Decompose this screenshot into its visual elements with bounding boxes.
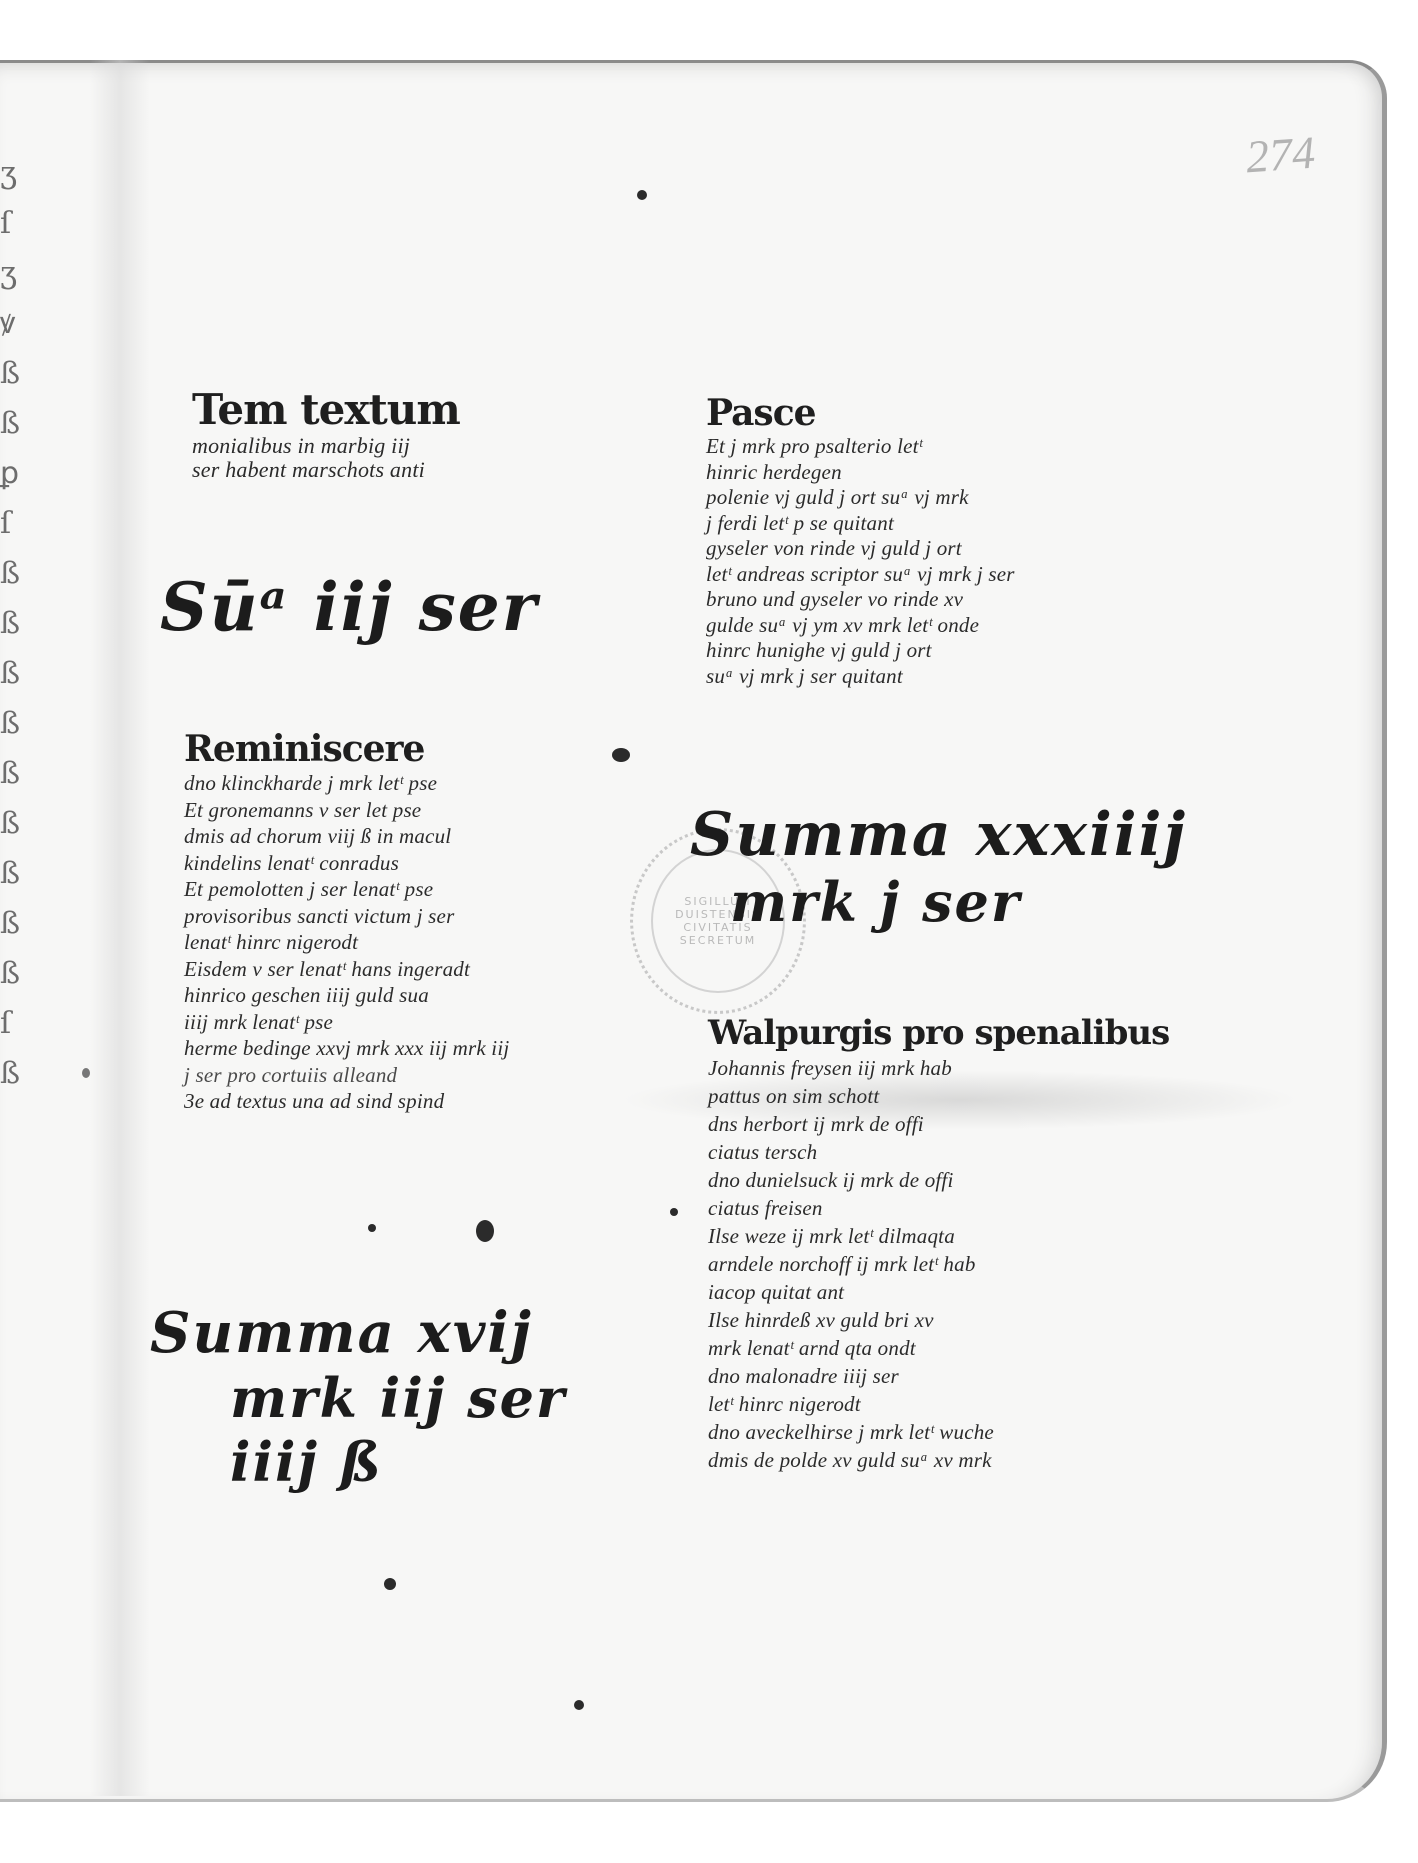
total-line: Summa xvij bbox=[150, 1300, 566, 1366]
entry-line: arndele norchoff ij mrk letᵗ hab bbox=[708, 1250, 1169, 1278]
section-heading: Pasce bbox=[706, 392, 1015, 434]
entry-line: gyseler von rinde vj guld j ort bbox=[706, 536, 1015, 562]
section-heading: Walpurgis pro spenalibus bbox=[708, 1012, 1169, 1054]
entry-line: gulde suᵃ vj ym xv mrk letᵗ onde bbox=[706, 613, 1015, 639]
entry-line: dns herbort ij mrk de offi bbox=[708, 1110, 1169, 1138]
total-summa-xvij: Summa xvij mrk iij ser iiij ß bbox=[150, 1300, 566, 1494]
section-walpurgis: Walpurgis pro spenalibus Johannis freyse… bbox=[708, 1012, 1169, 1474]
entry-line: dmis de polde xv guld suᵃ xv mrk bbox=[708, 1446, 1169, 1474]
entry-line: ciatus tersch bbox=[708, 1138, 1169, 1166]
entry-line: suᵃ vj mrk j ser quitant bbox=[706, 664, 1015, 690]
entry-line: dno malonadre iiij ser bbox=[708, 1362, 1169, 1390]
entry-line: ciatus freisen bbox=[708, 1194, 1169, 1222]
entry-line: j ser pro cortuiis alleand bbox=[184, 1062, 509, 1089]
section-pasce: Pasce Et j mrk pro psalterio letᵗ hinric… bbox=[706, 392, 1015, 689]
ink-blot bbox=[476, 1220, 494, 1242]
total-line: mrk iij ser bbox=[150, 1366, 566, 1430]
entry-line: pattus on sim schott bbox=[708, 1082, 1169, 1110]
ink-blot bbox=[574, 1700, 584, 1710]
margin-glyph: ß bbox=[0, 960, 24, 988]
margin-glyph: ʒ bbox=[0, 260, 24, 288]
left-margin-fragments: ʒ ſ ʒ ꝟ ß ß ꝑ ſ ß ß ß ß ß ß ß ß ß ſ ß bbox=[0, 160, 24, 1460]
entry-line: provisoribus sancti victum j ser bbox=[184, 903, 509, 930]
margin-glyph: ß bbox=[0, 760, 24, 788]
entry-line: kindelins lenatᵗ conradus bbox=[184, 850, 509, 877]
entry-line: letᵗ andreas scriptor suᵃ vj mrk j ser bbox=[706, 562, 1015, 588]
entry-line: 3e ad textus una ad sind spind bbox=[184, 1088, 509, 1115]
section-heading: Tem textum bbox=[192, 385, 460, 434]
entry-line: dno dunielsuck ij mrk de offi bbox=[708, 1166, 1169, 1194]
section-heading: Reminiscere bbox=[184, 728, 509, 770]
entry-line: polenie vj guld j ort suᵃ vj mrk bbox=[706, 485, 1015, 511]
total-text: Sūᵃ iij ser bbox=[160, 568, 539, 646]
ink-blot bbox=[82, 1068, 90, 1078]
entry-line: Et pemolotten j ser lenatᵗ pse bbox=[184, 876, 509, 903]
margin-glyph: ß bbox=[0, 610, 24, 638]
ink-blot bbox=[637, 190, 647, 200]
ink-blot bbox=[368, 1224, 376, 1232]
margin-glyph: ß bbox=[0, 360, 24, 388]
entry-line: ser habent marschots anti bbox=[192, 458, 460, 482]
ink-blot bbox=[612, 748, 630, 762]
margin-glyph: ſ bbox=[0, 1010, 24, 1038]
entry-line: Eisdem v ser lenatᵗ hans ingeradt bbox=[184, 956, 509, 983]
entry-line: bruno und gyseler vo rinde xv bbox=[706, 587, 1015, 613]
entry-line: iacop quitat ant bbox=[708, 1278, 1169, 1306]
entry-line: dmis ad chorum viij ß in macul bbox=[184, 823, 509, 850]
margin-glyph: ſ bbox=[0, 210, 24, 238]
margin-glyph: ß bbox=[0, 860, 24, 888]
margin-glyph: ß bbox=[0, 410, 24, 438]
entry-line: lenatᵗ hinrc nigerodt bbox=[184, 929, 509, 956]
entry-line: hinrico geschen iiij guld sua bbox=[184, 982, 509, 1009]
entry-line: j ferdi letᵗ p se quitant bbox=[706, 511, 1015, 537]
entry-line: Ilse weze ij mrk letᵗ dilmaqta bbox=[708, 1222, 1169, 1250]
margin-glyph: ß bbox=[0, 810, 24, 838]
entry-line: hinric herdegen bbox=[706, 460, 1015, 486]
section-reminiscere: Reminiscere dno klinckharde j mrk letᵗ p… bbox=[184, 728, 509, 1115]
ink-blot bbox=[384, 1578, 396, 1590]
total-line: iiij ß bbox=[150, 1430, 566, 1494]
margin-glyph: ß bbox=[0, 710, 24, 738]
margin-glyph: ß bbox=[0, 660, 24, 688]
entry-line: Et j mrk pro psalterio letᵗ bbox=[706, 434, 1015, 460]
entry-line: dno klinckharde j mrk letᵗ pse bbox=[184, 770, 509, 797]
total-line: mrk j ser bbox=[690, 870, 1187, 934]
entry-line: letᵗ hinrc nigerodt bbox=[708, 1390, 1169, 1418]
entry-line: hinrc hunighe vj guld j ort bbox=[706, 638, 1015, 664]
ink-blot bbox=[670, 1208, 678, 1216]
entry-line: Johannis freysen iij mrk hab bbox=[708, 1054, 1169, 1082]
section-tem-textum: Tem textum monialibus in marbig iij ser … bbox=[192, 385, 460, 482]
margin-glyph: ꝟ bbox=[0, 310, 24, 338]
total-line: Summa xxxiiij bbox=[690, 800, 1187, 870]
entry-line: Ilse hinrdeß xv guld bri xv bbox=[708, 1306, 1169, 1334]
entry-line: monialibus in marbig iij bbox=[192, 434, 460, 458]
margin-glyph: ß bbox=[0, 1060, 24, 1088]
entry-line: dno aveckelhirse j mrk letᵗ wuche bbox=[708, 1418, 1169, 1446]
margin-glyph: ʒ bbox=[0, 160, 24, 188]
margin-glyph: ꝑ bbox=[0, 460, 24, 488]
total-iij-ser: Sūᵃ iij ser bbox=[160, 568, 539, 646]
entry-line: Et gronemanns v ser let pse bbox=[184, 797, 509, 824]
entry-line: mrk lenatᵗ arnd qta ondt bbox=[708, 1334, 1169, 1362]
margin-glyph: ß bbox=[0, 910, 24, 938]
folio-number: 274 bbox=[1244, 126, 1317, 184]
page-gutter-shadow bbox=[90, 60, 150, 1796]
entry-line: iiij mrk lenatᵗ pse bbox=[184, 1009, 509, 1036]
total-summa-xxxiiij: Summa xxxiiij mrk j ser bbox=[690, 800, 1187, 934]
margin-glyph: ſ bbox=[0, 510, 24, 538]
entry-line: herme bedinge xxvj mrk xxx iij mrk iij bbox=[184, 1035, 509, 1062]
margin-glyph: ß bbox=[0, 560, 24, 588]
